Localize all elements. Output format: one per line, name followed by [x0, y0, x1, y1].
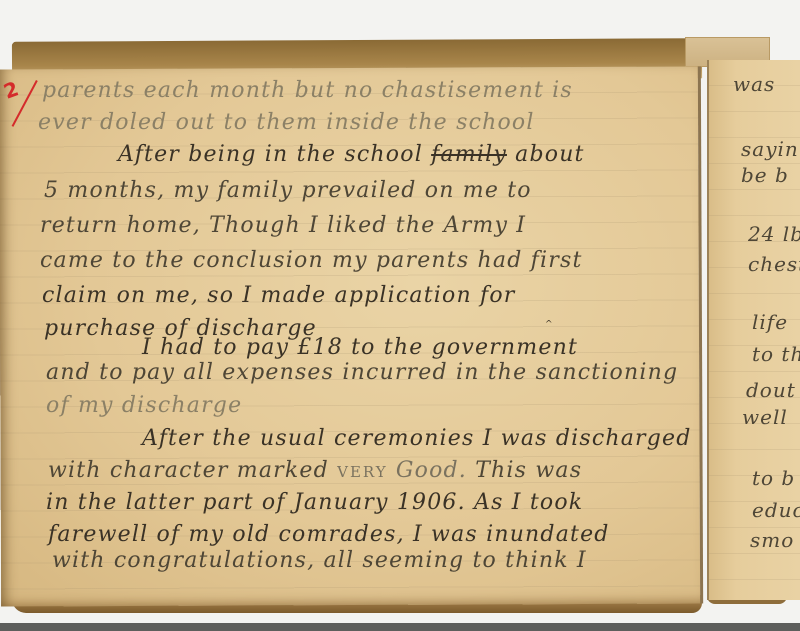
insertion-caret: ^: [545, 320, 554, 330]
right-page-fragment: to th: [752, 342, 800, 366]
text-line: I had to pay £18 to the government: [142, 335, 578, 360]
text-line: parents each month but no chastisement i…: [42, 78, 573, 103]
text-line: in the latter part of January 1906. As I…: [46, 490, 583, 515]
text-line: After the usual ceremonies I was dischar…: [142, 426, 692, 451]
right-page-fragment: sayin: [741, 137, 799, 161]
struck-word: family: [431, 142, 507, 167]
text-line: came to the conclusion my parents had fi…: [40, 248, 583, 273]
text-segment: with character marked: [48, 458, 337, 483]
right-page-fragment: chest: [748, 252, 800, 276]
text-segment: This was: [475, 458, 582, 483]
right-page-fragment: life: [752, 310, 788, 334]
right-page-fragment: educ: [752, 498, 800, 522]
right-page-fragment: well: [742, 405, 788, 429]
right-page-fragment: to b: [752, 466, 795, 490]
right-page-fragment: was: [733, 72, 775, 96]
text-line: with character marked VERY Good. This wa…: [48, 458, 582, 483]
text-line: 5 months, my family prevailed on me to: [44, 178, 532, 203]
right-page-fragment: dout: [746, 378, 796, 402]
text-line: of my discharge: [46, 393, 242, 418]
text-line: farewell of my old comrades, I was inund…: [48, 522, 610, 547]
right-page-fragment: smo: [750, 528, 794, 552]
text-segment: about: [507, 142, 585, 167]
text-segment: After being in the school: [118, 142, 431, 167]
text-line: return home, Though I liked the Army I: [40, 213, 526, 238]
text-line: claim on me, so I made application for: [42, 283, 516, 308]
text-line: with congratulations, all seeming to thi…: [52, 548, 587, 573]
text-segment: Good.: [388, 458, 476, 483]
text-line: and to pay all expenses incurred in the …: [46, 360, 678, 385]
text-line: After being in the school family about: [118, 142, 585, 167]
caps-word: VERY: [337, 463, 388, 481]
scanner-bed-edge: [0, 623, 800, 631]
text-line: ever doled out to them inside the school: [38, 110, 535, 135]
right-page-fragment: be b: [741, 163, 789, 187]
right-page-fragment: 24 lb: [748, 222, 800, 246]
